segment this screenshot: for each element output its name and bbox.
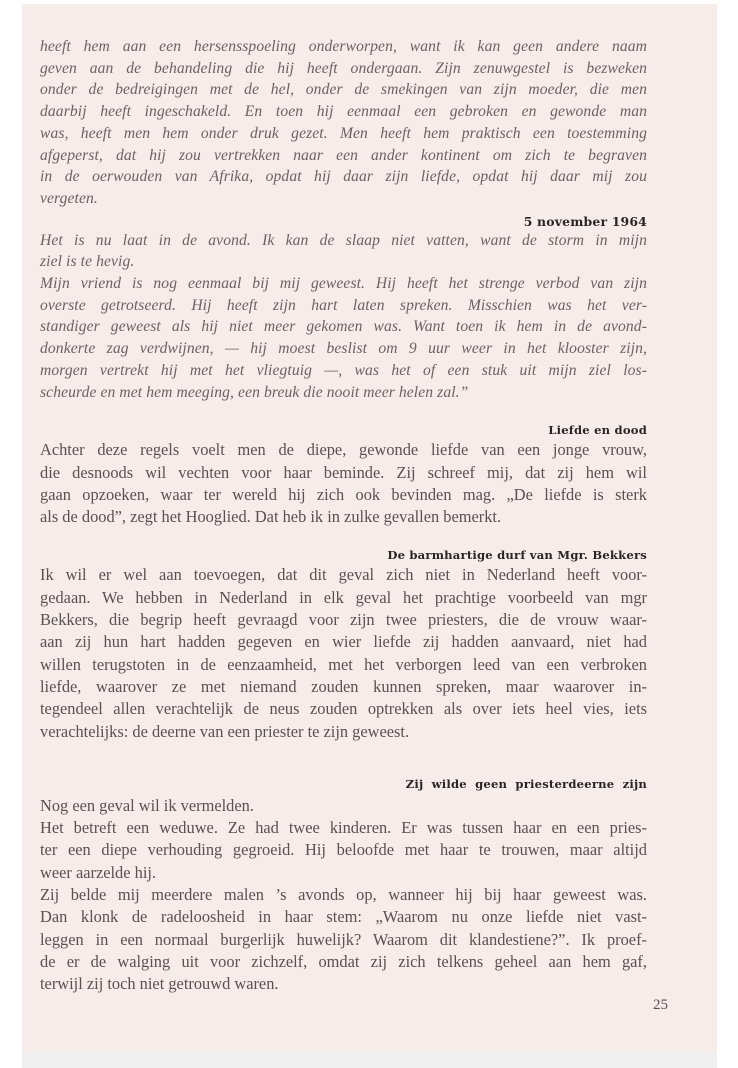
page-bottom-margin: [22, 1052, 717, 1068]
section-heading-barmhartige-durf: De barmhartige durf van Mgr. Bekkers: [40, 548, 647, 562]
text-line: morgen vertrekt hij met het vliegtuig —,…: [40, 360, 647, 382]
text-line: scheurde en met hem meeging, een breuk d…: [40, 382, 647, 404]
text-line: gaan opzoeken, waar ter wereld hij zich …: [40, 484, 647, 506]
text-line: Het betreft een weduwe. Ze had twee kind…: [40, 817, 647, 839]
text-line: de er de walging uit voor zichzelf, omda…: [40, 951, 647, 973]
text-line: verachtelijks: de deerne van een prieste…: [40, 721, 647, 743]
text-line: Bekkers, die begrip heeft gevraagd voor …: [40, 609, 647, 631]
text-line: daarbij heeft ingeschakeld. En toen hij …: [40, 101, 647, 123]
text-line: Ik wil er wel aan toevoegen, dat dit gev…: [40, 564, 647, 586]
text-line: ter een diepe verhouding gegroeid. Hij b…: [40, 839, 647, 861]
text-line: Mijn vriend is nog eenmaal bij mij gewee…: [40, 273, 647, 295]
diary-date-heading: 5 november 1964: [40, 214, 647, 229]
text-line: heeft hem aan een hersensspoeling onderw…: [40, 36, 647, 58]
text-line: ziel is te hevig.: [40, 251, 647, 273]
diary-paragraph-2: Mijn vriend is nog eenmaal bij mij gewee…: [40, 273, 647, 403]
text-line: overste getrotseerd. Hij heeft zijn hart…: [40, 295, 647, 317]
text-line: terwijl zij toch niet getrouwd waren.: [40, 973, 647, 995]
letter-continued-paragraph: heeft hem aan een hersensspoeling onderw…: [40, 36, 647, 210]
text-line: afgeperst, dat hij zou vertrekken naar e…: [40, 145, 647, 167]
page-number: 25: [653, 997, 668, 1014]
text-line: gedaan. We hebben in Nederland in elk ge…: [40, 587, 647, 609]
diary-paragraph-1: Het is nu laat in de avond. Ik kan de sl…: [40, 230, 647, 273]
section-heading-liefde-en-dood: Liefde en dood: [40, 423, 647, 437]
text-line: onder de bedreigingen met de hel, onder …: [40, 79, 647, 101]
page-content: heeft hem aan een hersensspoeling onderw…: [40, 36, 647, 995]
text-line: aan zij hun hart hadden gegeven en wier …: [40, 631, 647, 653]
text-line: donkerte zag verdwijnen, — hij moest bes…: [40, 338, 647, 360]
barmhartige-durf-paragraph: Ik wil er wel aan toevoegen, dat dit gev…: [40, 564, 647, 742]
text-line: geven aan de behandeling die hij heeft o…: [40, 58, 647, 80]
text-line: tegendeel allen verachtelijk de neus zou…: [40, 698, 647, 720]
section-heading-priesterdeerne: Zij wilde geen priesterdeerne zijn: [40, 777, 647, 791]
text-line: vergeten.: [40, 188, 647, 210]
text-line: Nog een geval wil ik vermelden.: [40, 795, 647, 817]
priesterdeerne-paragraph-2: Het betreft een weduwe. Ze had twee kind…: [40, 817, 647, 884]
text-line: Zij belde mij meerdere malen ’s avonds o…: [40, 884, 647, 906]
text-line: als de dood”, zegt het Hooglied. Dat heb…: [40, 506, 647, 528]
text-line: willen terugstoten in de eenzaamheid, me…: [40, 654, 647, 676]
liefde-en-dood-paragraph: Achter deze regels voelt men de diepe, g…: [40, 439, 647, 528]
priesterdeerne-paragraph-1: Nog een geval wil ik vermelden.: [40, 795, 647, 817]
text-line: Dan klonk de radeloosheid in haar stem: …: [40, 906, 647, 928]
priesterdeerne-paragraph-3: Zij belde mij meerdere malen ’s avonds o…: [40, 884, 647, 995]
text-line: Achter deze regels voelt men de diepe, g…: [40, 439, 647, 461]
text-line: in de oerwouden van Afrika, opdat hij da…: [40, 166, 647, 188]
text-line: leggen in een normaal burgerlijk huwelij…: [40, 929, 647, 951]
text-line: liefde, waarover ze met niemand zouden k…: [40, 676, 647, 698]
text-line: weer aarzelde hij.: [40, 862, 647, 884]
text-line: die desnoods wil vechten voor haar bemin…: [40, 462, 647, 484]
text-line: standiger geweest als hij niet meer geko…: [40, 316, 647, 338]
text-line: Het is nu laat in de avond. Ik kan de sl…: [40, 230, 647, 252]
text-line: was, heeft men hem onder druk gezet. Men…: [40, 123, 647, 145]
